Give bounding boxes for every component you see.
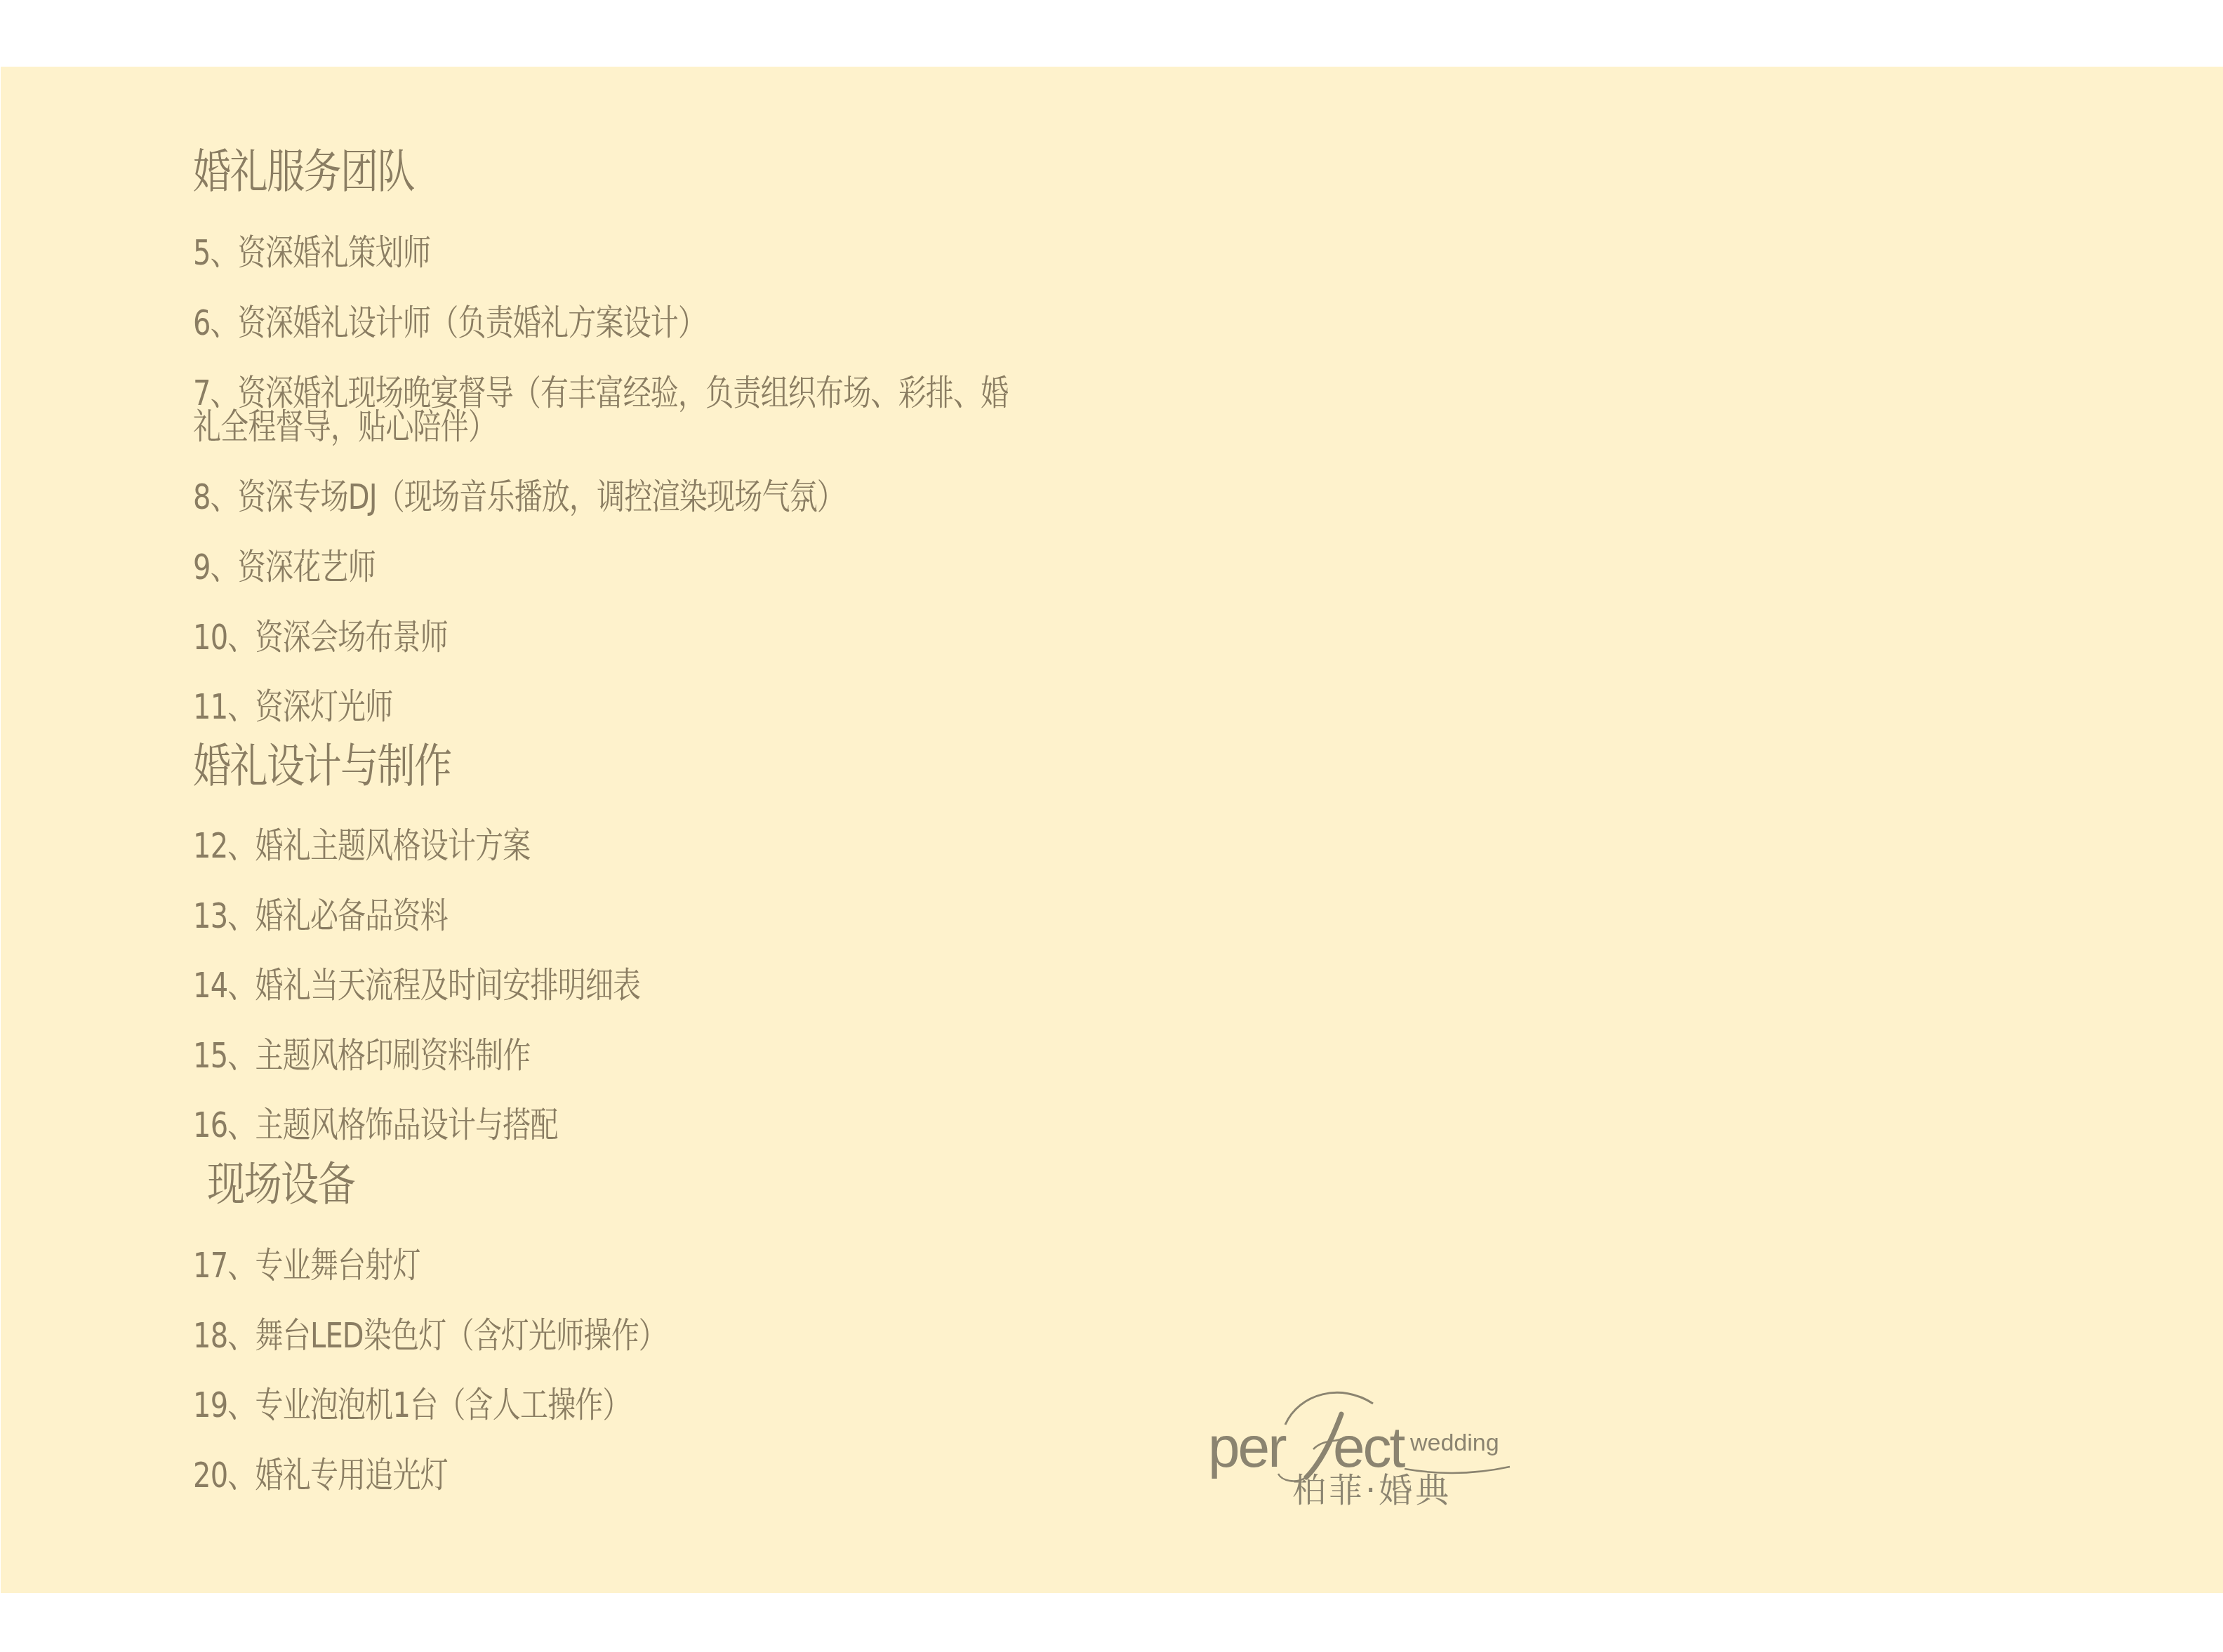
list-item: 10、资深会场布景师	[193, 620, 448, 655]
brand-logo: per ect wedding 柏菲·婚典	[1201, 1386, 1517, 1512]
list-item: 6、资深婚礼设计师（负责婚礼方案设计）	[193, 305, 705, 340]
list-item: 7、资深婚礼现场晚宴督导（有丰富经验，负责组织布场、彩排、婚 礼全程督导，贴心陪…	[193, 375, 1232, 444]
list-item: 18、舞台LED染色灯（含灯光师操作）	[193, 1318, 666, 1353]
section-title-onsite-equipment: 现场设备	[207, 1161, 354, 1208]
page-panel: 婚礼服务团队 5、资深婚礼策划师 6、资深婚礼设计师（负责婚礼方案设计） 7、资…	[1, 67, 2223, 1593]
list-item: 19、专业泡泡机1台（含人工操作）	[193, 1387, 630, 1423]
list-item: 9、资深花艺师	[193, 549, 376, 585]
list-item: 17、专业舞台射灯	[193, 1248, 420, 1283]
list-item: 16、主题风格饰品设计与搭配	[193, 1107, 558, 1143]
list-item: 5、资深婚礼策划师	[193, 235, 430, 270]
list-item: 12、婚礼主题风格设计方案	[193, 828, 531, 863]
list-item: 20、婚礼专用追光灯	[193, 1458, 448, 1493]
list-item-line: 7、资深婚礼现场晚宴督导（有丰富经验，负责组织布场、彩排、婚	[193, 375, 1232, 411]
section-title-design-production: 婚礼设计与制作	[193, 743, 451, 790]
svg-text:wedding: wedding	[1409, 1430, 1499, 1456]
svg-text:ect: ect	[1333, 1415, 1406, 1479]
svg-text:per: per	[1208, 1415, 1286, 1479]
list-item: 11、资深灯光师	[193, 689, 393, 724]
list-item: 15、主题风格印刷资料制作	[193, 1038, 531, 1073]
brand-name-chinese: 柏菲·婚典	[1292, 1474, 1452, 1507]
list-item: 13、婚礼必备品资料	[193, 898, 448, 933]
list-item: 14、婚礼当天流程及时间安排明细表	[193, 968, 640, 1003]
section-title-service-team: 婚礼服务团队	[193, 149, 414, 195]
list-item: 8、资深专场DJ（现场音乐播放，调控渲染现场气氛）	[193, 479, 844, 514]
list-item-line: 礼全程督导，贴心陪伴）	[193, 409, 1232, 444]
